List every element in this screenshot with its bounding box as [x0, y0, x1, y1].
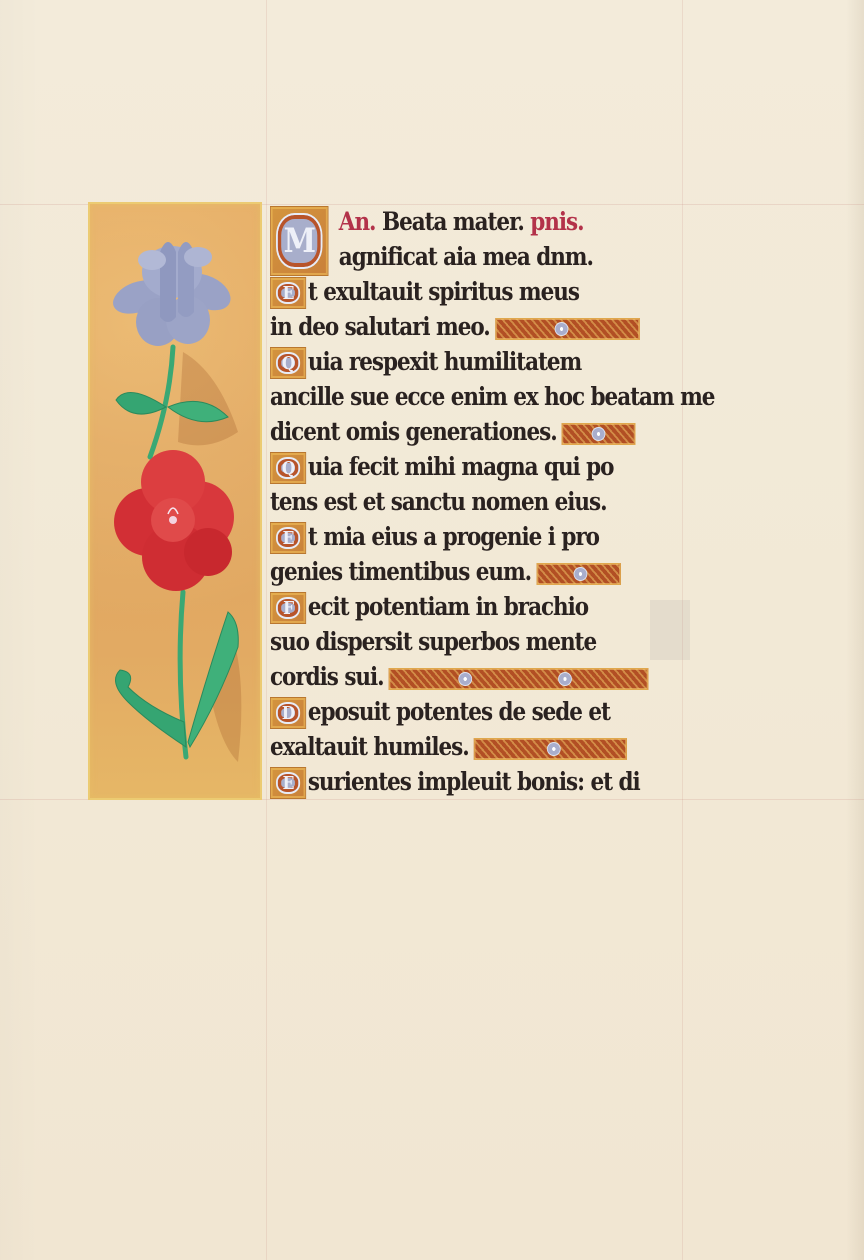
text-line-15: D eposuit potentes de sede et: [270, 694, 624, 729]
text-content: tens est et sanctu nomen eius.: [270, 487, 607, 516]
text-line-17: E surientes impleuit bonis: et di: [270, 764, 624, 799]
text-line-5: Q uia respexit humilitatem: [270, 344, 624, 379]
text-content: t exultauit spiritus meus: [308, 277, 579, 306]
initial-glyph: E: [276, 527, 300, 549]
manuscript-page: M An. Beata mater. pnis. agnificat aia m…: [0, 0, 864, 1260]
text-line-12: F ecit potentiam in brachio: [270, 589, 624, 624]
text-content: exaltauit humiles.: [270, 732, 469, 761]
initial-glyph: E: [276, 772, 300, 794]
ruling-line-vertical-left: [266, 0, 267, 1260]
text-line-2: agnificat aia mea dnm.: [270, 239, 624, 274]
initial-glyph: D: [276, 702, 300, 724]
text-line-6: ancille sue ecce enim ex hoc beatam me: [270, 379, 624, 414]
initial-e-icon: E: [270, 277, 306, 309]
pearl-icon: [554, 322, 568, 336]
text-line-1: M An. Beata mater. pnis.: [270, 204, 624, 239]
text-content: genies timentibus eum.: [270, 557, 531, 586]
rubric-suffix: pnis.: [524, 207, 584, 236]
text-content: suo dispersit superbos mente: [270, 627, 596, 656]
initial-glyph: Q: [276, 457, 300, 479]
text-line-10: E t mia eius a progenie i pro: [270, 519, 624, 554]
line-filler-icon: [474, 738, 627, 760]
initial-f-icon: F: [270, 592, 306, 624]
text-line-14: cordis sui.: [270, 659, 624, 694]
text-line-13: suo dispersit superbos mente: [270, 624, 624, 659]
initial-e-icon: E: [270, 522, 306, 554]
rubric-antiphon: An.: [339, 207, 376, 236]
text-content: Beata mater.: [376, 207, 524, 236]
text-line-3: E t exultauit spiritus meus: [270, 274, 624, 309]
floral-border-panel: [88, 202, 262, 800]
text-line-11: genies timentibus eum.: [270, 554, 624, 589]
initial-glyph: F: [276, 597, 300, 619]
text-line-16: exaltauit humiles.: [270, 729, 624, 764]
pearl-icon: [573, 567, 587, 581]
text-content: cordis sui.: [270, 662, 384, 691]
line-filler-icon: [495, 318, 639, 340]
text-content: uia respexit humilitatem: [308, 347, 581, 376]
pearl-icon: [458, 672, 472, 686]
line-filler-icon: [536, 563, 620, 585]
text-line-9: tens est et sanctu nomen eius.: [270, 484, 624, 519]
line-filler-icon: [562, 423, 636, 445]
text-line-7: dicent omis generationes.: [270, 414, 624, 449]
initial-glyph: E: [276, 282, 300, 304]
text-line-4: in deo salutari meo.: [270, 309, 624, 344]
text-content: t mia eius a progenie i pro: [308, 522, 599, 551]
initial-q-icon: Q: [270, 347, 306, 379]
text-content: uia fecit mihi magna qui po: [308, 452, 614, 481]
show-through-shadow: [650, 600, 690, 660]
line-filler-icon: [389, 668, 649, 690]
text-content: ecit potentiam in brachio: [308, 592, 588, 621]
pearl-icon: [592, 427, 606, 441]
text-content: dicent omis generationes.: [270, 417, 557, 446]
text-line-8: Q uia fecit mihi magna qui po: [270, 449, 624, 484]
pearl-icon: [547, 742, 561, 756]
text-content: agnificat aia mea dnm.: [339, 242, 593, 271]
text-content: in deo salutari meo.: [270, 312, 490, 341]
text-block: M An. Beata mater. pnis. agnificat aia m…: [270, 204, 682, 799]
pearl-icon: [558, 672, 572, 686]
initial-glyph: Q: [276, 352, 300, 374]
text-content: surientes impleuit bonis: et di: [308, 767, 640, 796]
initial-e-icon: E: [270, 767, 306, 799]
text-content: eposuit potentes de sede et: [308, 697, 610, 726]
text-content: ancille sue ecce enim ex hoc beatam me: [270, 382, 714, 411]
flower-illustrations: [88, 202, 262, 800]
initial-d-icon: D: [270, 697, 306, 729]
initial-q-icon: Q: [270, 452, 306, 484]
